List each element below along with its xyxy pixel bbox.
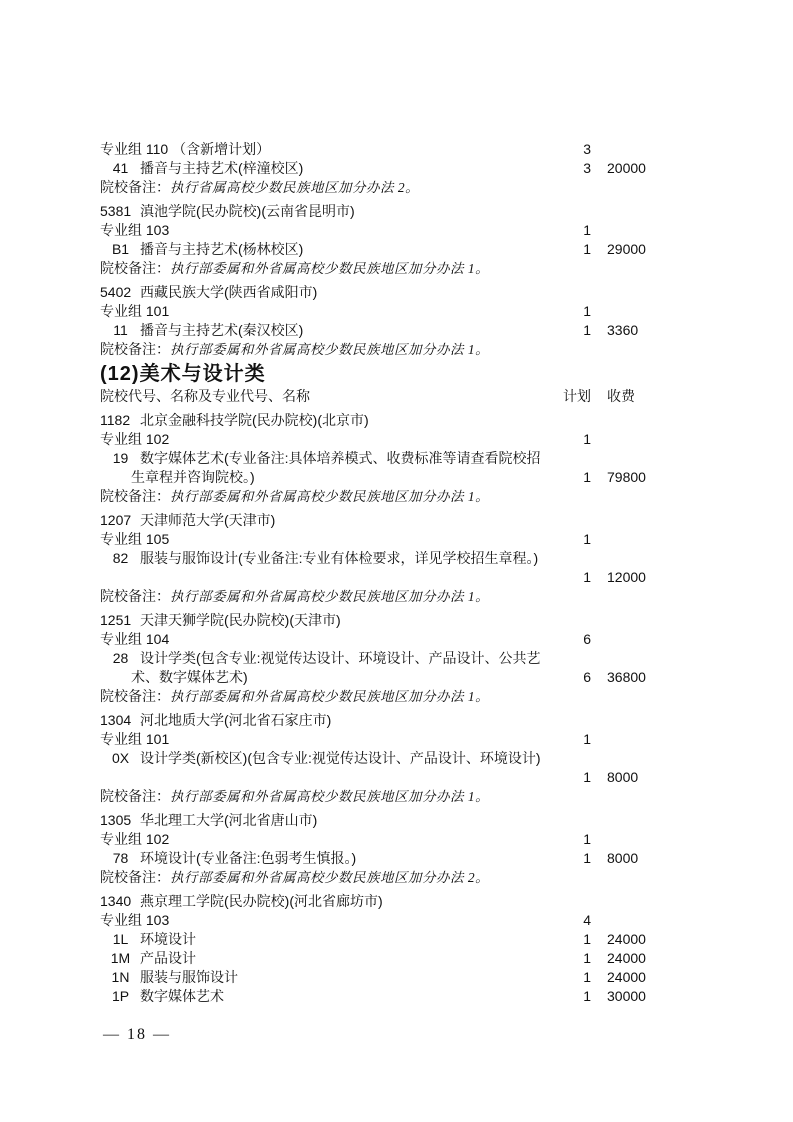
school-row: 1182北京金融科技学院(民办院校)(北京市) <box>100 411 648 430</box>
school-row: 1305华北理工大学(河北省唐山市) <box>100 811 648 830</box>
fee-value: 8000 <box>591 768 648 787</box>
remark-text: 院校备注：执行部委属和外省属高校少数民族地区加分办法 2。 <box>100 868 548 887</box>
major-group-row: 专业组 1021 <box>100 430 648 449</box>
school-text: 1304河北地质大学(河北省石家庄市) <box>100 711 548 730</box>
major-row-continuation: 112000 <box>100 568 648 587</box>
group-label: 专业组 110 （含新增计划） <box>100 141 270 157</box>
school-text: 1207天津师范大学(天津市) <box>100 511 548 530</box>
remark-label: 院校备注： <box>100 588 170 604</box>
plan-count: 1 <box>548 468 591 487</box>
major-row: 78环境设计(专业备注:色弱考生慎报。)18000 <box>100 849 648 868</box>
school-code: 1340 <box>100 892 134 911</box>
school-text: 1340燕京理工学院(民办院校)(河北省廊坊市) <box>100 892 548 911</box>
plan-count: 1 <box>548 849 591 868</box>
major-row: 19数字媒体艺术(专业备注:具体培养模式、收费标准等请查看院校招 <box>100 449 648 468</box>
major-group-row: 专业组 110 （含新增计划）3 <box>100 140 648 159</box>
school-code: 1182 <box>100 411 134 430</box>
major-text: 1M产品设计 <box>100 949 548 968</box>
plan-count: 1 <box>548 302 591 321</box>
group-text: 专业组 105 <box>100 530 548 549</box>
plan-count: 1 <box>548 221 591 240</box>
school-code: 1305 <box>100 811 134 830</box>
page-number: — 18 — <box>103 1026 171 1044</box>
remark-text: 执行部委属和外省属高校少数民族地区加分办法 2。 <box>170 870 489 885</box>
rows-main-section: 1182北京金融科技学院(民办院校)(北京市)专业组 102119数字媒体艺术(… <box>100 411 648 1006</box>
group-text: 专业组 102 <box>100 830 548 849</box>
school-code: 5402 <box>100 283 134 302</box>
school-text: 1182北京金融科技学院(民办院校)(北京市) <box>100 411 548 430</box>
group-label: 专业组 105 <box>100 531 169 547</box>
document-page: 专业组 110 （含新增计划）341播音与主持艺术(梓潼校区)320000院校备… <box>0 0 793 1122</box>
school-row: 1304河北地质大学(河北省石家庄市) <box>100 711 648 730</box>
plan-count: 3 <box>548 159 591 178</box>
fee-value: 24000 <box>591 949 648 968</box>
remark-text: 院校备注：执行部委属和外省属高校少数民族地区加分办法 1。 <box>100 487 548 506</box>
school-code: 1251 <box>100 611 134 630</box>
school-name: 滇池学院(民办院校)(云南省昆明市) <box>140 203 355 219</box>
remark-label: 院校备注： <box>100 260 170 276</box>
major-row: 1N服装与服饰设计124000 <box>100 968 648 987</box>
plan-count: 1 <box>548 240 591 259</box>
major-name: 环境设计(专业备注:色弱考生慎报。) <box>140 850 356 866</box>
major-row: 28设计学类(包含专业:视觉传达设计、环境设计、产品设计、公共艺 <box>100 649 648 668</box>
major-row: 11播音与主持艺术(秦汉校区)13360 <box>100 321 648 340</box>
group-label: 专业组 102 <box>100 431 169 447</box>
major-name: 服装与服饰设计(专业备注:专业有体检要求，详见学校招生章程。) <box>140 550 538 566</box>
remark-text: 执行部委属和外省属高校少数民族地区加分办法 1。 <box>170 489 489 504</box>
rows-top-section: 专业组 110 （含新增计划）341播音与主持艺术(梓潼校区)320000院校备… <box>100 140 648 359</box>
school-remark-row: 院校备注：执行部委属和外省属高校少数民族地区加分办法 1。 <box>100 487 648 506</box>
group-label: 专业组 101 <box>100 303 169 319</box>
major-text: 0X设计学类(新校区)(包含专业:视觉传达设计、产品设计、环境设计) <box>100 749 548 768</box>
school-name: 天津师范大学(天津市) <box>140 512 275 528</box>
group-text: 专业组 102 <box>100 430 548 449</box>
plan-count: 1 <box>548 987 591 1006</box>
plan-count: 1 <box>548 568 591 587</box>
school-text: 1251天津天狮学院(民办院校)(天津市) <box>100 611 548 630</box>
major-name: 数字媒体艺术 <box>140 988 224 1004</box>
group-label: 专业组 102 <box>100 831 169 847</box>
major-code: 1P <box>110 987 131 1006</box>
plan-count: 1 <box>548 968 591 987</box>
fee-value: 30000 <box>591 987 648 1006</box>
fee-value: 29000 <box>591 240 648 259</box>
major-row: 1L环境设计124000 <box>100 930 648 949</box>
fee-value: 24000 <box>591 930 648 949</box>
school-row: 5402西藏民族大学(陕西省咸阳市) <box>100 283 648 302</box>
major-text: 11播音与主持艺术(秦汉校区) <box>100 321 548 340</box>
major-code: 1N <box>110 968 131 987</box>
major-group-row: 专业组 1034 <box>100 911 648 930</box>
major-group-row: 专业组 1011 <box>100 302 648 321</box>
major-text: 41播音与主持艺术(梓潼校区) <box>100 159 548 178</box>
major-name: 产品设计 <box>140 950 196 966</box>
major-row-continuation: 术、数字媒体艺术)636800 <box>100 668 648 687</box>
header-name-column: 院校代号、名称及专业代号、名称 <box>100 387 548 406</box>
major-code: 0X <box>110 749 131 768</box>
group-label: 专业组 103 <box>100 222 169 238</box>
cont-text: 生章程并咨询院校。) <box>100 468 548 487</box>
major-text: 1P数字媒体艺术 <box>100 987 548 1006</box>
major-code: 19 <box>110 449 131 468</box>
plan-count: 6 <box>548 630 591 649</box>
fee-value: 24000 <box>591 968 648 987</box>
remark-text: 院校备注：执行部委属和外省属高校少数民族地区加分办法 1。 <box>100 787 548 806</box>
major-code: 28 <box>110 649 131 668</box>
major-row: 41播音与主持艺术(梓潼校区)320000 <box>100 159 648 178</box>
header-fee-column: 收费 <box>591 387 648 406</box>
major-row: 82服装与服饰设计(专业备注:专业有体检要求，详见学校招生章程。) <box>100 549 648 568</box>
school-remark-row: 院校备注：执行部委属和外省属高校少数民族地区加分办法 1。 <box>100 259 648 278</box>
major-text: 1L环境设计 <box>100 930 548 949</box>
school-remark-row: 院校备注：执行部委属和外省属高校少数民族地区加分办法 1。 <box>100 340 648 359</box>
major-group-row: 专业组 1031 <box>100 221 648 240</box>
plan-count: 1 <box>548 949 591 968</box>
remark-text: 执行部委属和外省属高校少数民族地区加分办法 1。 <box>170 589 489 604</box>
plan-count: 1 <box>548 321 591 340</box>
group-text: 专业组 101 <box>100 302 548 321</box>
group-text: 专业组 103 <box>100 911 548 930</box>
plan-count: 1 <box>548 730 591 749</box>
major-group-row: 专业组 1046 <box>100 630 648 649</box>
remark-label: 院校备注： <box>100 788 170 804</box>
fee-value: 12000 <box>591 568 648 587</box>
school-row: 1340燕京理工学院(民办院校)(河北省廊坊市) <box>100 892 648 911</box>
fee-value: 20000 <box>591 159 648 178</box>
major-row-continuation: 生章程并咨询院校。)179800 <box>100 468 648 487</box>
school-row: 1207天津师范大学(天津市) <box>100 511 648 530</box>
school-text: 5381滇池学院(民办院校)(云南省昆明市) <box>100 202 548 221</box>
school-code: 1304 <box>100 711 134 730</box>
cont-text: 术、数字媒体艺术) <box>100 668 548 687</box>
plan-count: 3 <box>548 140 591 159</box>
major-group-row: 专业组 1051 <box>100 530 648 549</box>
school-name: 华北理工大学(河北省唐山市) <box>140 812 317 828</box>
plan-count: 1 <box>548 830 591 849</box>
major-row: B1播音与主持艺术(杨林校区)129000 <box>100 240 648 259</box>
major-code: 82 <box>110 549 131 568</box>
major-row: 1M产品设计124000 <box>100 949 648 968</box>
major-code: 1M <box>110 949 131 968</box>
major-text: 28设计学类(包含专业:视觉传达设计、环境设计、产品设计、公共艺 <box>100 649 548 668</box>
major-group-row: 专业组 1011 <box>100 730 648 749</box>
school-name: 西藏民族大学(陕西省咸阳市) <box>140 284 317 300</box>
group-label: 专业组 101 <box>100 731 169 747</box>
school-code: 1207 <box>100 511 134 530</box>
plan-count: 1 <box>548 930 591 949</box>
group-label: 专业组 103 <box>100 912 169 928</box>
group-text: 专业组 110 （含新增计划） <box>100 140 548 159</box>
fee-value: 8000 <box>591 849 648 868</box>
school-row: 1251天津天狮学院(民办院校)(天津市) <box>100 611 648 630</box>
major-name: 播音与主持艺术(杨林校区) <box>140 241 303 257</box>
remark-text: 执行部委属和外省属高校少数民族地区加分办法 1。 <box>170 789 489 804</box>
remark-label: 院校备注： <box>100 869 170 885</box>
remark-label: 院校备注： <box>100 341 170 357</box>
school-row: 5381滇池学院(民办院校)(云南省昆明市) <box>100 202 648 221</box>
major-row-continuation: 18000 <box>100 768 648 787</box>
major-row: 1P数字媒体艺术130000 <box>100 987 648 1006</box>
group-text: 专业组 104 <box>100 630 548 649</box>
major-name: 服装与服饰设计 <box>140 969 238 985</box>
major-name: 数字媒体艺术(专业备注:具体培养模式、收费标准等请查看院校招 <box>140 450 541 466</box>
fee-value: 3360 <box>591 321 648 340</box>
remark-label: 院校备注： <box>100 688 170 704</box>
fee-value: 36800 <box>591 668 648 687</box>
major-text: 19数字媒体艺术(专业备注:具体培养模式、收费标准等请查看院校招 <box>100 449 548 468</box>
remark-label: 院校备注： <box>100 179 170 195</box>
school-name: 天津天狮学院(民办院校)(天津市) <box>140 612 341 628</box>
remark-text: 院校备注：执行省属高校少数民族地区加分办法 2。 <box>100 178 548 197</box>
school-name: 北京金融科技学院(民办院校)(北京市) <box>140 412 369 428</box>
plan-count: 1 <box>548 430 591 449</box>
major-name: 环境设计 <box>140 931 196 947</box>
remark-label: 院校备注： <box>100 488 170 504</box>
section-title: (12)美术与设计类 <box>100 361 648 387</box>
school-remark-row: 院校备注：执行部委属和外省属高校少数民族地区加分办法 1。 <box>100 587 648 606</box>
major-text: 78环境设计(专业备注:色弱考生慎报。) <box>100 849 548 868</box>
school-remark-row: 院校备注：执行部委属和外省属高校少数民族地区加分办法 1。 <box>100 687 648 706</box>
remark-text: 执行部委属和外省属高校少数民族地区加分办法 1。 <box>170 261 489 276</box>
remark-text: 院校备注：执行部委属和外省属高校少数民族地区加分办法 1。 <box>100 340 548 359</box>
major-text: B1播音与主持艺术(杨林校区) <box>100 240 548 259</box>
major-code: B1 <box>110 240 131 259</box>
plan-count: 1 <box>548 530 591 549</box>
school-code: 5381 <box>100 202 134 221</box>
major-group-row: 专业组 1021 <box>100 830 648 849</box>
school-text: 1305华北理工大学(河北省唐山市) <box>100 811 548 830</box>
remark-text: 院校备注：执行部委属和外省属高校少数民族地区加分办法 1。 <box>100 259 548 278</box>
major-code: 78 <box>110 849 131 868</box>
plan-count: 6 <box>548 668 591 687</box>
school-name: 河北地质大学(河北省石家庄市) <box>140 712 331 728</box>
remark-text: 执行部委属和外省属高校少数民族地区加分办法 1。 <box>170 342 489 357</box>
header-plan-column: 计划 <box>548 387 591 406</box>
major-code: 41 <box>110 159 131 178</box>
major-row: 0X设计学类(新校区)(包含专业:视觉传达设计、产品设计、环境设计) <box>100 749 648 768</box>
plan-count: 1 <box>548 768 591 787</box>
fee-value: 79800 <box>591 468 648 487</box>
remark-text: 执行省属高校少数民族地区加分办法 2。 <box>170 180 419 195</box>
group-text: 专业组 103 <box>100 221 548 240</box>
remark-text: 院校备注：执行部委属和外省属高校少数民族地区加分办法 1。 <box>100 687 548 706</box>
major-name: 播音与主持艺术(梓潼校区) <box>140 160 303 176</box>
major-text: 1N服装与服饰设计 <box>100 968 548 987</box>
school-remark-row: 院校备注：执行部委属和外省属高校少数民族地区加分办法 1。 <box>100 787 648 806</box>
admission-plan-table: 专业组 110 （含新增计划）341播音与主持艺术(梓潼校区)320000院校备… <box>100 140 648 1006</box>
remark-text: 院校备注：执行部委属和外省属高校少数民族地区加分办法 1。 <box>100 587 548 606</box>
group-label: 专业组 104 <box>100 631 169 647</box>
major-name: 设计学类(新校区)(包含专业:视觉传达设计、产品设计、环境设计) <box>140 750 541 766</box>
major-name: 设计学类(包含专业:视觉传达设计、环境设计、产品设计、公共艺 <box>140 650 541 666</box>
remark-text: 执行部委属和外省属高校少数民族地区加分办法 1。 <box>170 689 489 704</box>
major-text: 82服装与服饰设计(专业备注:专业有体检要求，详见学校招生章程。) <box>100 549 548 568</box>
plan-count: 4 <box>548 911 591 930</box>
major-code: 1L <box>110 930 131 949</box>
major-code: 11 <box>110 321 131 340</box>
school-remark-row: 院校备注：执行省属高校少数民族地区加分办法 2。 <box>100 178 648 197</box>
major-name: 播音与主持艺术(秦汉校区) <box>140 322 303 338</box>
school-name: 燕京理工学院(民办院校)(河北省廊坊市) <box>140 893 383 909</box>
group-text: 专业组 101 <box>100 730 548 749</box>
school-text: 5402西藏民族大学(陕西省咸阳市) <box>100 283 548 302</box>
school-remark-row: 院校备注：执行部委属和外省属高校少数民族地区加分办法 2。 <box>100 868 648 887</box>
table-header-row: 院校代号、名称及专业代号、名称 计划 收费 <box>100 387 648 406</box>
